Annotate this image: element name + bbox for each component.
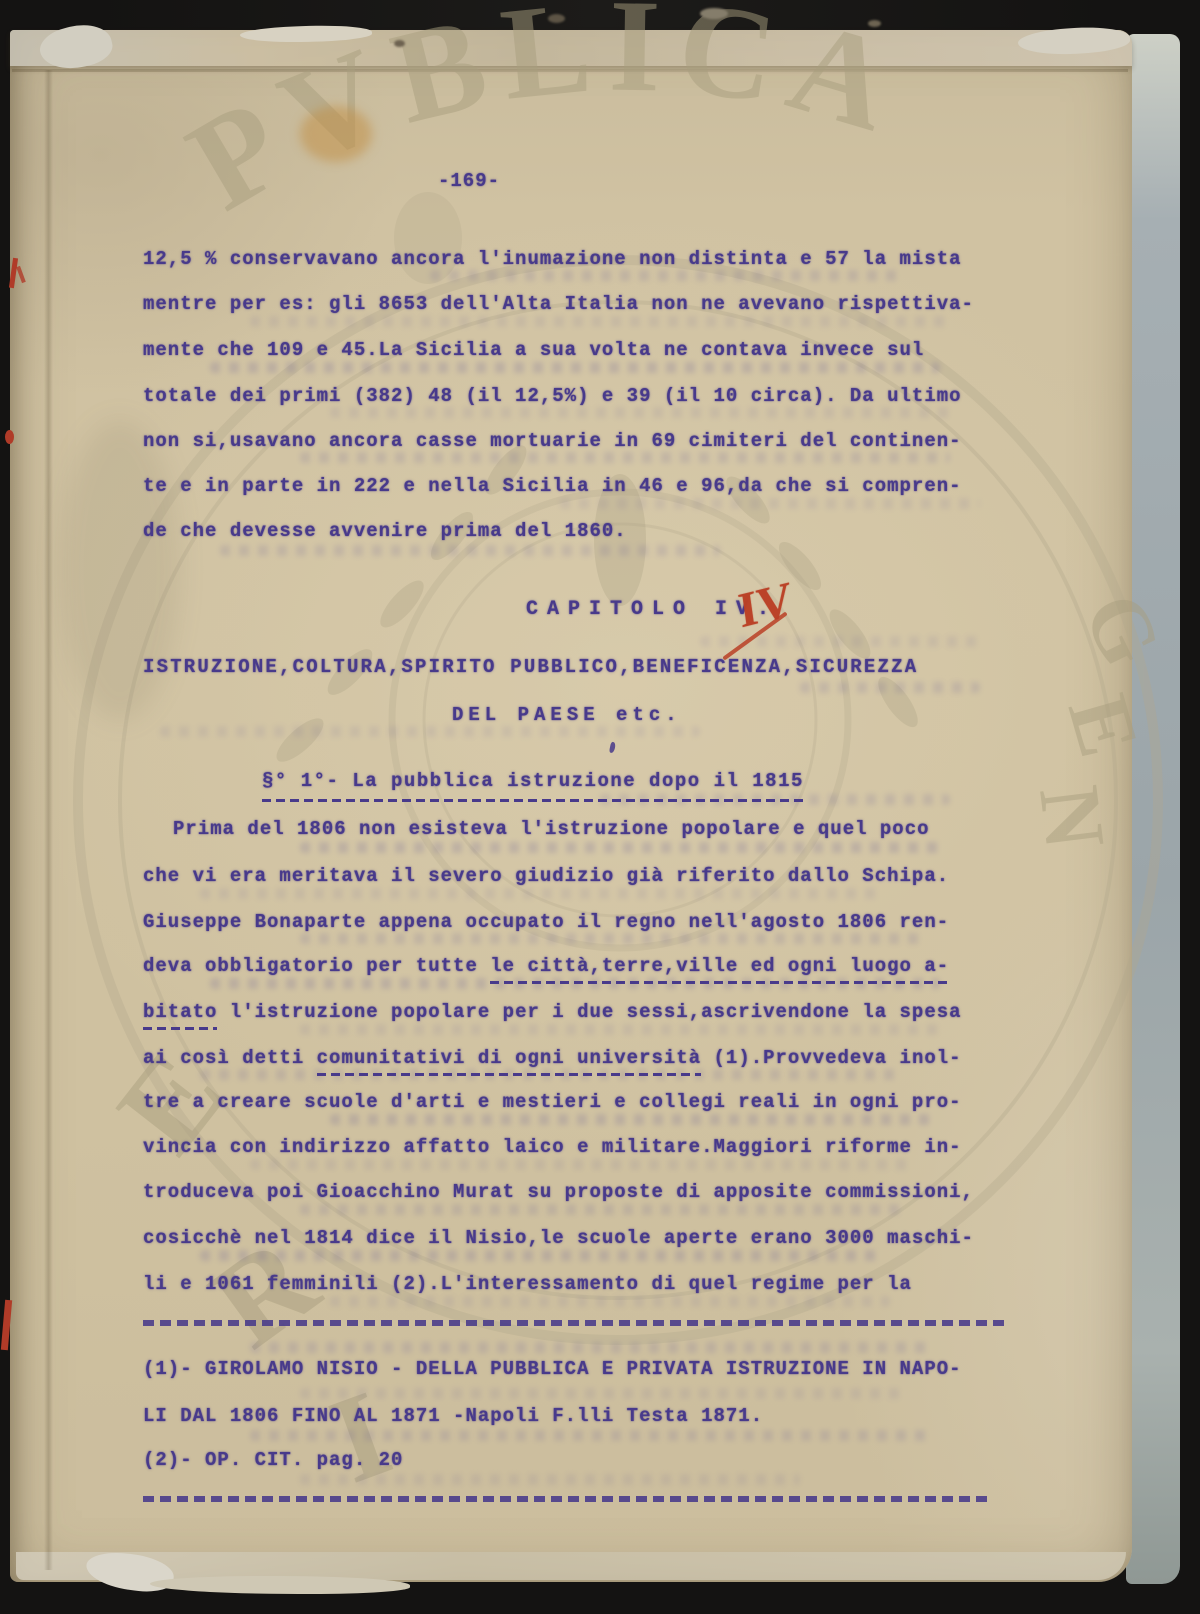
bleed-through-line [800,682,980,693]
horizontal-crease [12,69,1128,72]
bleed-through-line [300,1204,900,1215]
body-line: li e 1061 femminili (2).L'interessamento… [143,1273,912,1295]
bleed-through-line [300,933,920,944]
body-line: te e in parte in 222 e nella Sicilia in … [143,475,962,497]
chapter-subtitle: DEL PAESE etc. [452,704,682,726]
body-line: cosicchè nel 1814 dice il Nisio,le scuol… [143,1227,974,1249]
body-line: Prima del 1806 non esisteva l'istruzione… [173,818,930,840]
underlined-segment: le città,terre,ville ed ogni luogo a- [490,955,949,984]
section-heading-text: §° 1°- La pubblica istruzione dopo il 18… [262,770,804,802]
body-line: de che devesse avvenire prima del 1860. [143,520,627,542]
body-line: non si,usavano ancora casse mortuarie in… [143,430,962,452]
vertical-fold-crease [44,70,53,1570]
bleed-through-line [330,407,950,418]
bleed-through-line [430,270,900,281]
bleed-through-line [200,1250,880,1261]
speck [868,20,881,27]
footnote-separator [143,1320,1005,1326]
bleed-through-line [300,842,940,853]
underlined-segment: bitato [143,1001,217,1030]
underlined-segment: comunitativi di ogni università [317,1047,701,1076]
bleed-through-line [200,888,880,899]
body-line: totale dei primi (382) 48 (il 12,5%) e 3… [143,385,962,407]
scanned-document-page: PVBLICA G E N E R I [0,0,1200,1614]
paper-fragment [150,1576,410,1594]
footnote-line: (1)- GIROLAMO NISIO - DELLA PUBBLICA E P… [143,1358,962,1380]
body-line: tre a creare scuole d'arti e mestieri e … [143,1091,962,1113]
bleed-through-line [300,452,950,463]
bleed-through-line [210,362,940,373]
body-segment: l'istruzione popolare per i due sessi,as… [217,1001,961,1023]
footnote-line: LI DAL 1806 FINO AL 1871 -Napoli F.lli T… [143,1405,763,1427]
stain [300,106,372,162]
body-line: mente che 109 e 45.La Sicilia a sua volt… [143,339,924,361]
body-line: mentre per es: gli 8653 dell'Alta Italia… [143,293,974,315]
backing-page-edge [1126,34,1180,1584]
body-line: troduceva poi Gioacchino Murat su propos… [143,1181,974,1203]
bleed-through-line [330,1296,890,1307]
section-heading: §° 1°- La pubblica istruzione dopo il 18… [262,770,804,792]
body-segment: (1).Provvedeva inol- [701,1047,961,1069]
body-line: vincia con indirizzo affatto laico e mil… [143,1136,962,1158]
bleed-through-line [250,1430,930,1441]
bleed-through-line [300,1024,940,1035]
page-number: -169- [438,170,500,192]
body-line: deva obbligatorio per tutte le città,ter… [143,955,949,977]
torn-top-edge [10,30,1132,66]
footnote-line: (2)- OP. CIT. pag. 20 [143,1449,403,1471]
torn-bottom-edge [16,1552,1126,1580]
body-line: Giuseppe Bonaparte appena occupato il re… [143,911,949,933]
red-margin-mark [5,430,14,444]
bleed-through-line [220,545,720,556]
body-line: ai così detti comunitativi di ogni unive… [143,1047,962,1069]
bleed-through-line [160,726,700,737]
chapter-label: CAPITOLO [526,598,715,621]
body-segment: deva obbligatorio per tutte [143,955,490,977]
bleed-through-line [250,1342,930,1353]
speck [394,40,405,47]
bleed-through-line [250,1159,910,1170]
bleed-through-line [300,1388,900,1399]
body-line: che vi era meritava il severo giudizio g… [143,865,949,887]
bleed-through-line [330,1114,930,1125]
chapter-subtitle: ISTRUZIONE,COLTURA,SPIRITO PUBBLICO,BENE… [143,656,918,678]
bleed-through-line [560,498,980,509]
bleed-through-line [300,1474,800,1485]
body-segment: ai così detti [143,1047,317,1069]
body-line: bitato l'istruzione popolare per i due s… [143,1001,962,1023]
speck [548,14,565,23]
body-line: 12,5 % conservavano ancora l'inumazione … [143,248,962,270]
bleed-through-line [250,316,950,327]
speck [700,8,728,19]
footnote-separator [143,1496,988,1502]
